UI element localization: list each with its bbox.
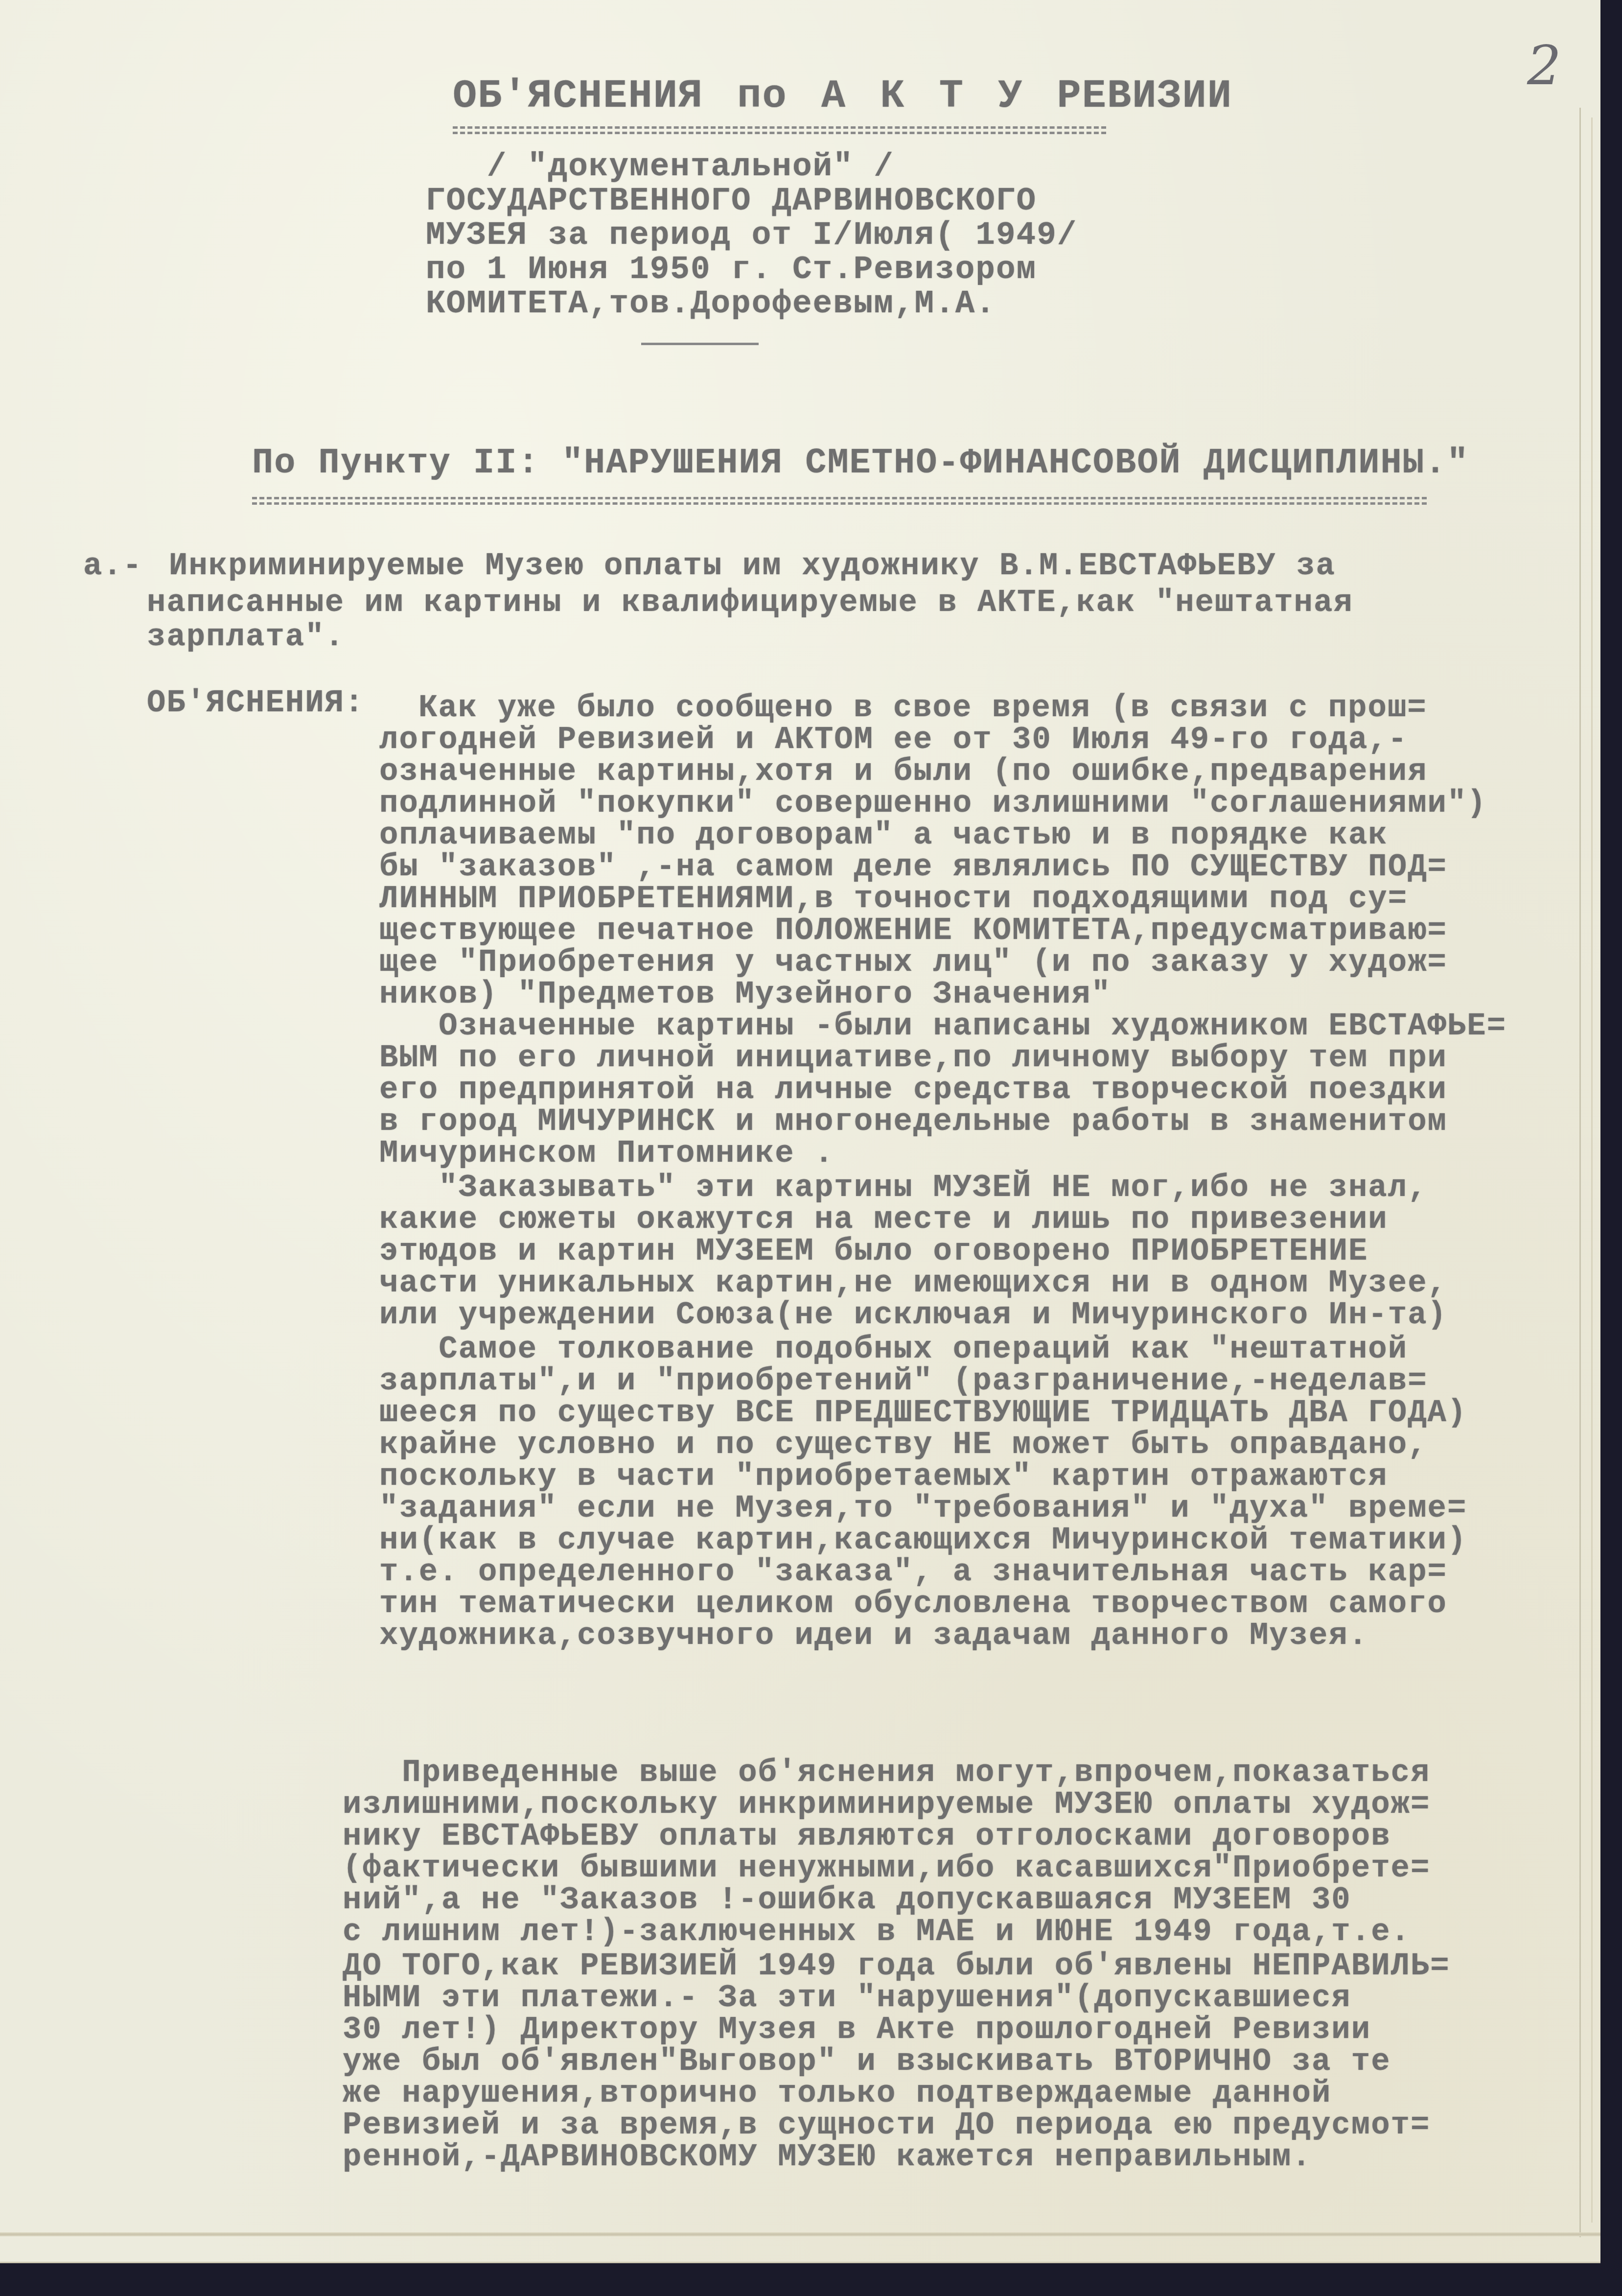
explanation-line: щее "Приобретения у частных лиц" (и по з… [379, 947, 1447, 979]
document-page: 2 ОБ'ЯСНЕНИЯ по А К Т У РЕВИЗИИ / "докум… [0, 0, 1600, 2263]
document-title: ОБ'ЯСНЕНИЯ по А К Т У РЕВИЗИИ [453, 73, 1232, 119]
page-edge [1579, 108, 1581, 2237]
item-line: написанные им картины и квалифицируемые … [147, 587, 1353, 619]
explanation-line: ВЫМ по его личной инициативе,по личному … [379, 1043, 1447, 1074]
conclusion-line: (фактически бывшими ненужными,ибо касавш… [343, 1853, 1430, 1884]
explanation-line: подлинной "покупки" совершенно излишними… [379, 788, 1487, 820]
explanation-line: т.е. определенного "заказа", а значитель… [379, 1557, 1447, 1588]
section-heading: По Пункту II: "НАРУШЕНИЯ СМЕТНО-ФИНАНСОВ… [252, 443, 1469, 483]
explanation-line: ществующее печатное ПОЛОЖЕНИЕ КОМИТЕТА,п… [379, 915, 1447, 947]
explanation-line: в город МИЧУРИНСК и многонедельные работ… [379, 1106, 1447, 1138]
conclusion-line: 30 лет!) Директору Музея в Акте прошлого… [343, 2015, 1371, 2046]
explanation-line: поскольку в части "приобретаемых" картин… [379, 1461, 1388, 1493]
conclusion-line: НЫМИ эти платежи.- За эти "нарушения"(до… [343, 1983, 1351, 2014]
explanation-line: крайне условно и по существу НЕ может бы… [379, 1429, 1428, 1461]
explanation-line: части уникальных картин,не имеющихся ни … [379, 1268, 1447, 1299]
explanation-line: означенные картины,хотя и были (по ошибк… [379, 756, 1428, 788]
explanation-line: ников) "Предметов Музейного Значения" [379, 979, 1111, 1010]
explanation-line: логодней Ревизией и АКТОМ ее от 30 Июля … [379, 725, 1408, 756]
conclusion-line: уже был об'явлен"Выговор" и взыскивать В… [343, 2046, 1391, 2078]
explanation-line: бы "заказов" ,-на самом деле являлись ПО… [379, 852, 1447, 883]
item-line: Инкриминируемые Музею оплаты им художник… [169, 551, 1336, 582]
explanation-line: художника,созвучного идеи и задачам данн… [379, 1620, 1368, 1652]
explanation-line: какие сюжеты окажутся на месте и лишь по… [379, 1204, 1388, 1236]
conclusion-line: с лишним лет!)-заключенных в МАЕ и ИЮНЕ … [343, 1917, 1411, 1948]
explanation-line: "задания" если не Музея,то "требования" … [379, 1493, 1467, 1524]
explanation-line: зарплаты",и и "приобретений" (разграниче… [379, 1366, 1428, 1397]
handwritten-page-number: 2 [1527, 34, 1561, 97]
conclusion-line: ний",а не "Заказов !-ошибка допускавшаяс… [343, 1885, 1351, 1916]
page-fold [0, 2232, 1600, 2236]
conclusion-line: излишними,поскольку инкриминируемые МУЗЕ… [343, 1789, 1430, 1821]
header-separator [641, 343, 759, 345]
explanation-line: ЛИННЫМ ПРИОБРЕТЕНИЯМИ,в точности подходя… [379, 884, 1408, 915]
explanation-line: шееся по существу ВСЕ ПРЕДШЕСТВУЮЩИЕ ТРИ… [379, 1398, 1467, 1429]
item-line: зарплата". [147, 622, 345, 653]
explanation-line: этюдов и картин МУЗЕЕМ было оговорено ПР… [379, 1236, 1368, 1267]
explanation-line: Как уже было сообщено в свое время (в св… [418, 693, 1427, 724]
explanation-line: ни(как в случае картин,касающихся Мичури… [379, 1525, 1467, 1556]
item-marker: а.- [83, 551, 142, 582]
conclusion-line: Приведенные выше об'яснения могут,впроче… [343, 1757, 1430, 1789]
conclusion-line: же нарушения,вторично только подтверждае… [343, 2078, 1331, 2109]
explanation-label: ОБ'ЯСНЕНИЯ: [147, 688, 364, 719]
conclusion-line: ДО ТОГО,как РЕВИЗИЕЙ 1949 года были об'я… [343, 1951, 1450, 1982]
conclusion-line: ренной,-ДАРВИНОВСКОМУ МУЗЕЮ кажется непр… [343, 2142, 1312, 2173]
explanation-line: оплачиваемы "по договорам" а частью и в … [379, 820, 1388, 851]
explanation-line: "Заказывать" эти картины МУЗЕЙ НЕ мог,иб… [379, 1172, 1428, 1204]
section-double-rule [252, 497, 1427, 505]
explanation-line: Мичуринском Питомнике . [379, 1138, 834, 1170]
conclusion-line: нику ЕВСТАФЬЕВУ оплаты являются отголоск… [343, 1821, 1391, 1852]
explanation-line: или учреждении Союза(не исключая и Мичур… [379, 1300, 1447, 1331]
explanation-line: Самое толкование подобных операций как "… [379, 1334, 1408, 1365]
explanation-line: его предпринятой на личные средства твор… [379, 1075, 1447, 1106]
header-line: КОМИТЕТА,тов.Дорофеевым,М.А. [426, 284, 996, 324]
title-double-rule [453, 126, 1106, 134]
explanation-line: Означенные картины -были написаны художн… [379, 1011, 1506, 1042]
conclusion-line: Ревизией и за время,в сущности ДО период… [343, 2110, 1430, 2141]
explanation-line: тин тематически целиком обусловлена твор… [379, 1589, 1447, 1620]
page-edge-under [1591, 117, 1593, 2223]
